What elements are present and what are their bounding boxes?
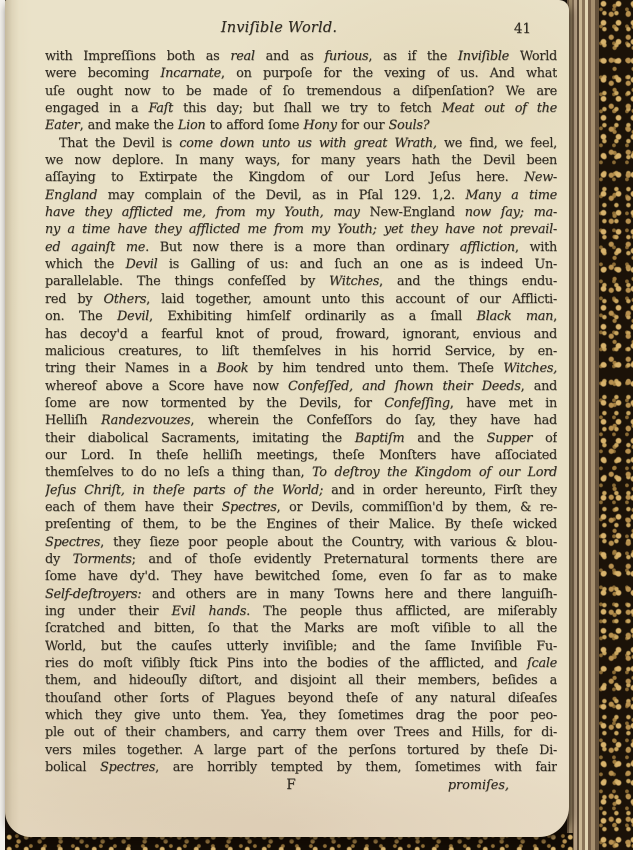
page-number: 41 [514,21,531,37]
book-page: Inviſible World. 41 with Impreſſions bot… [5,0,569,837]
text-line: we now deplore. In many ways, for many y… [45,152,557,169]
text-line: which the Devil is Galling of us: and ſu… [45,256,557,273]
text-line: themſelves to do no leſs a thing than, T… [45,464,557,481]
text-line: have they afflicted me, from my Youth, m… [45,204,557,221]
text-line: Spectres, they ſieze poor people about t… [45,534,557,551]
text-line: uſe ought now to be made of ſo tremendou… [45,83,557,100]
text-line: Jeſus Chriſt, in theſe parts of the Worl… [45,482,557,499]
book-scan-photo: Inviſible World. 41 with Impreſſions bot… [5,0,633,850]
text-lines: with Impreſſions both as real and as fur… [45,48,557,776]
text-line: whereof above a Score have now Confeſſed… [45,378,557,395]
text-line: ſcratched and bitten, ſo that the Marks … [45,620,557,637]
text-line: ny a time have they afflicted me from my… [45,221,557,238]
page-header: Inviſible World. 41 [45,20,557,44]
text-line: ple out of their chambers, and carry the… [45,724,557,741]
text-line: thouſand other ſorts of Plagues beyond t… [45,690,557,707]
text-line: That the Devil is come down unto us with… [45,135,557,152]
gilt-fore-edge [599,0,633,850]
text-line: Helliſh Randezvouzes, wherein the Confeſ… [45,412,557,429]
text-line: malicious creatures, to liſt themſelves … [45,343,557,360]
page-edges-stack [567,0,599,850]
text-line: World, but the cauſes utterly inviſible;… [45,638,557,655]
text-line: has decoy'd a fearful knot of proud, fro… [45,326,557,343]
running-title: Inviſible World. [23,20,535,36]
text-line: red by Others, laid together, amount unt… [45,291,557,308]
text-line: Self-deſtroyers: and others are in many … [45,586,557,603]
catchword: promiſes, [448,778,509,793]
text-line: ſome are now tormented by the Devils, fo… [45,395,557,412]
text-line: ſome have dy'd. They have bewitched ſome… [45,568,557,585]
page-content: Inviſible World. 41 with Impreſſions bot… [5,0,569,837]
text-line: Eater, and make the Lion to afford ſome … [45,117,557,134]
text-line: preſenting of them, to be the Engines of… [45,516,557,533]
text-line: on. The Devil, Exhibiting himſelf ordina… [45,308,557,325]
text-line: parallelable. The things confeſſed by Wi… [45,273,557,290]
text-line: each of them have their Spectres, or Dev… [45,499,557,516]
text-line: dy Torments; and of thoſe evidently Pret… [45,551,557,568]
text-line: with Impreſſions both as real and as fur… [45,48,557,65]
text-line: ing under their Evil hands. The people t… [45,603,557,620]
text-line: were becoming Incarnate, on purpoſe for … [45,65,557,82]
text-line: ries do moſt viſibly ſtick Pins into the… [45,655,557,672]
text-line: them, and hideouſly diſtort, and disjoin… [45,672,557,689]
text-line: ed againſt me. But now there is a more t… [45,239,557,256]
text-line: vers miles together. A large part of the… [45,742,557,759]
text-line: engaged in a Faſt this day; but ſhall we… [45,100,557,117]
text-line: bolical Spectres, are horribly tempted b… [45,759,557,776]
text-line: tring their Names in a Book by him tendr… [45,360,557,377]
signature-line: F promiſes, [45,777,557,795]
text-line: England may complain of the Devil, as in… [45,187,557,204]
text-line: their diabolical Sacraments, imitating t… [45,430,557,447]
text-line: our Lord. In theſe helliſh meetings, the… [45,447,557,464]
text-line: aſſaying to Extirpate the Kingdom of our… [45,169,557,186]
text-line: which they give unto them. Yea, they ſom… [45,707,557,724]
